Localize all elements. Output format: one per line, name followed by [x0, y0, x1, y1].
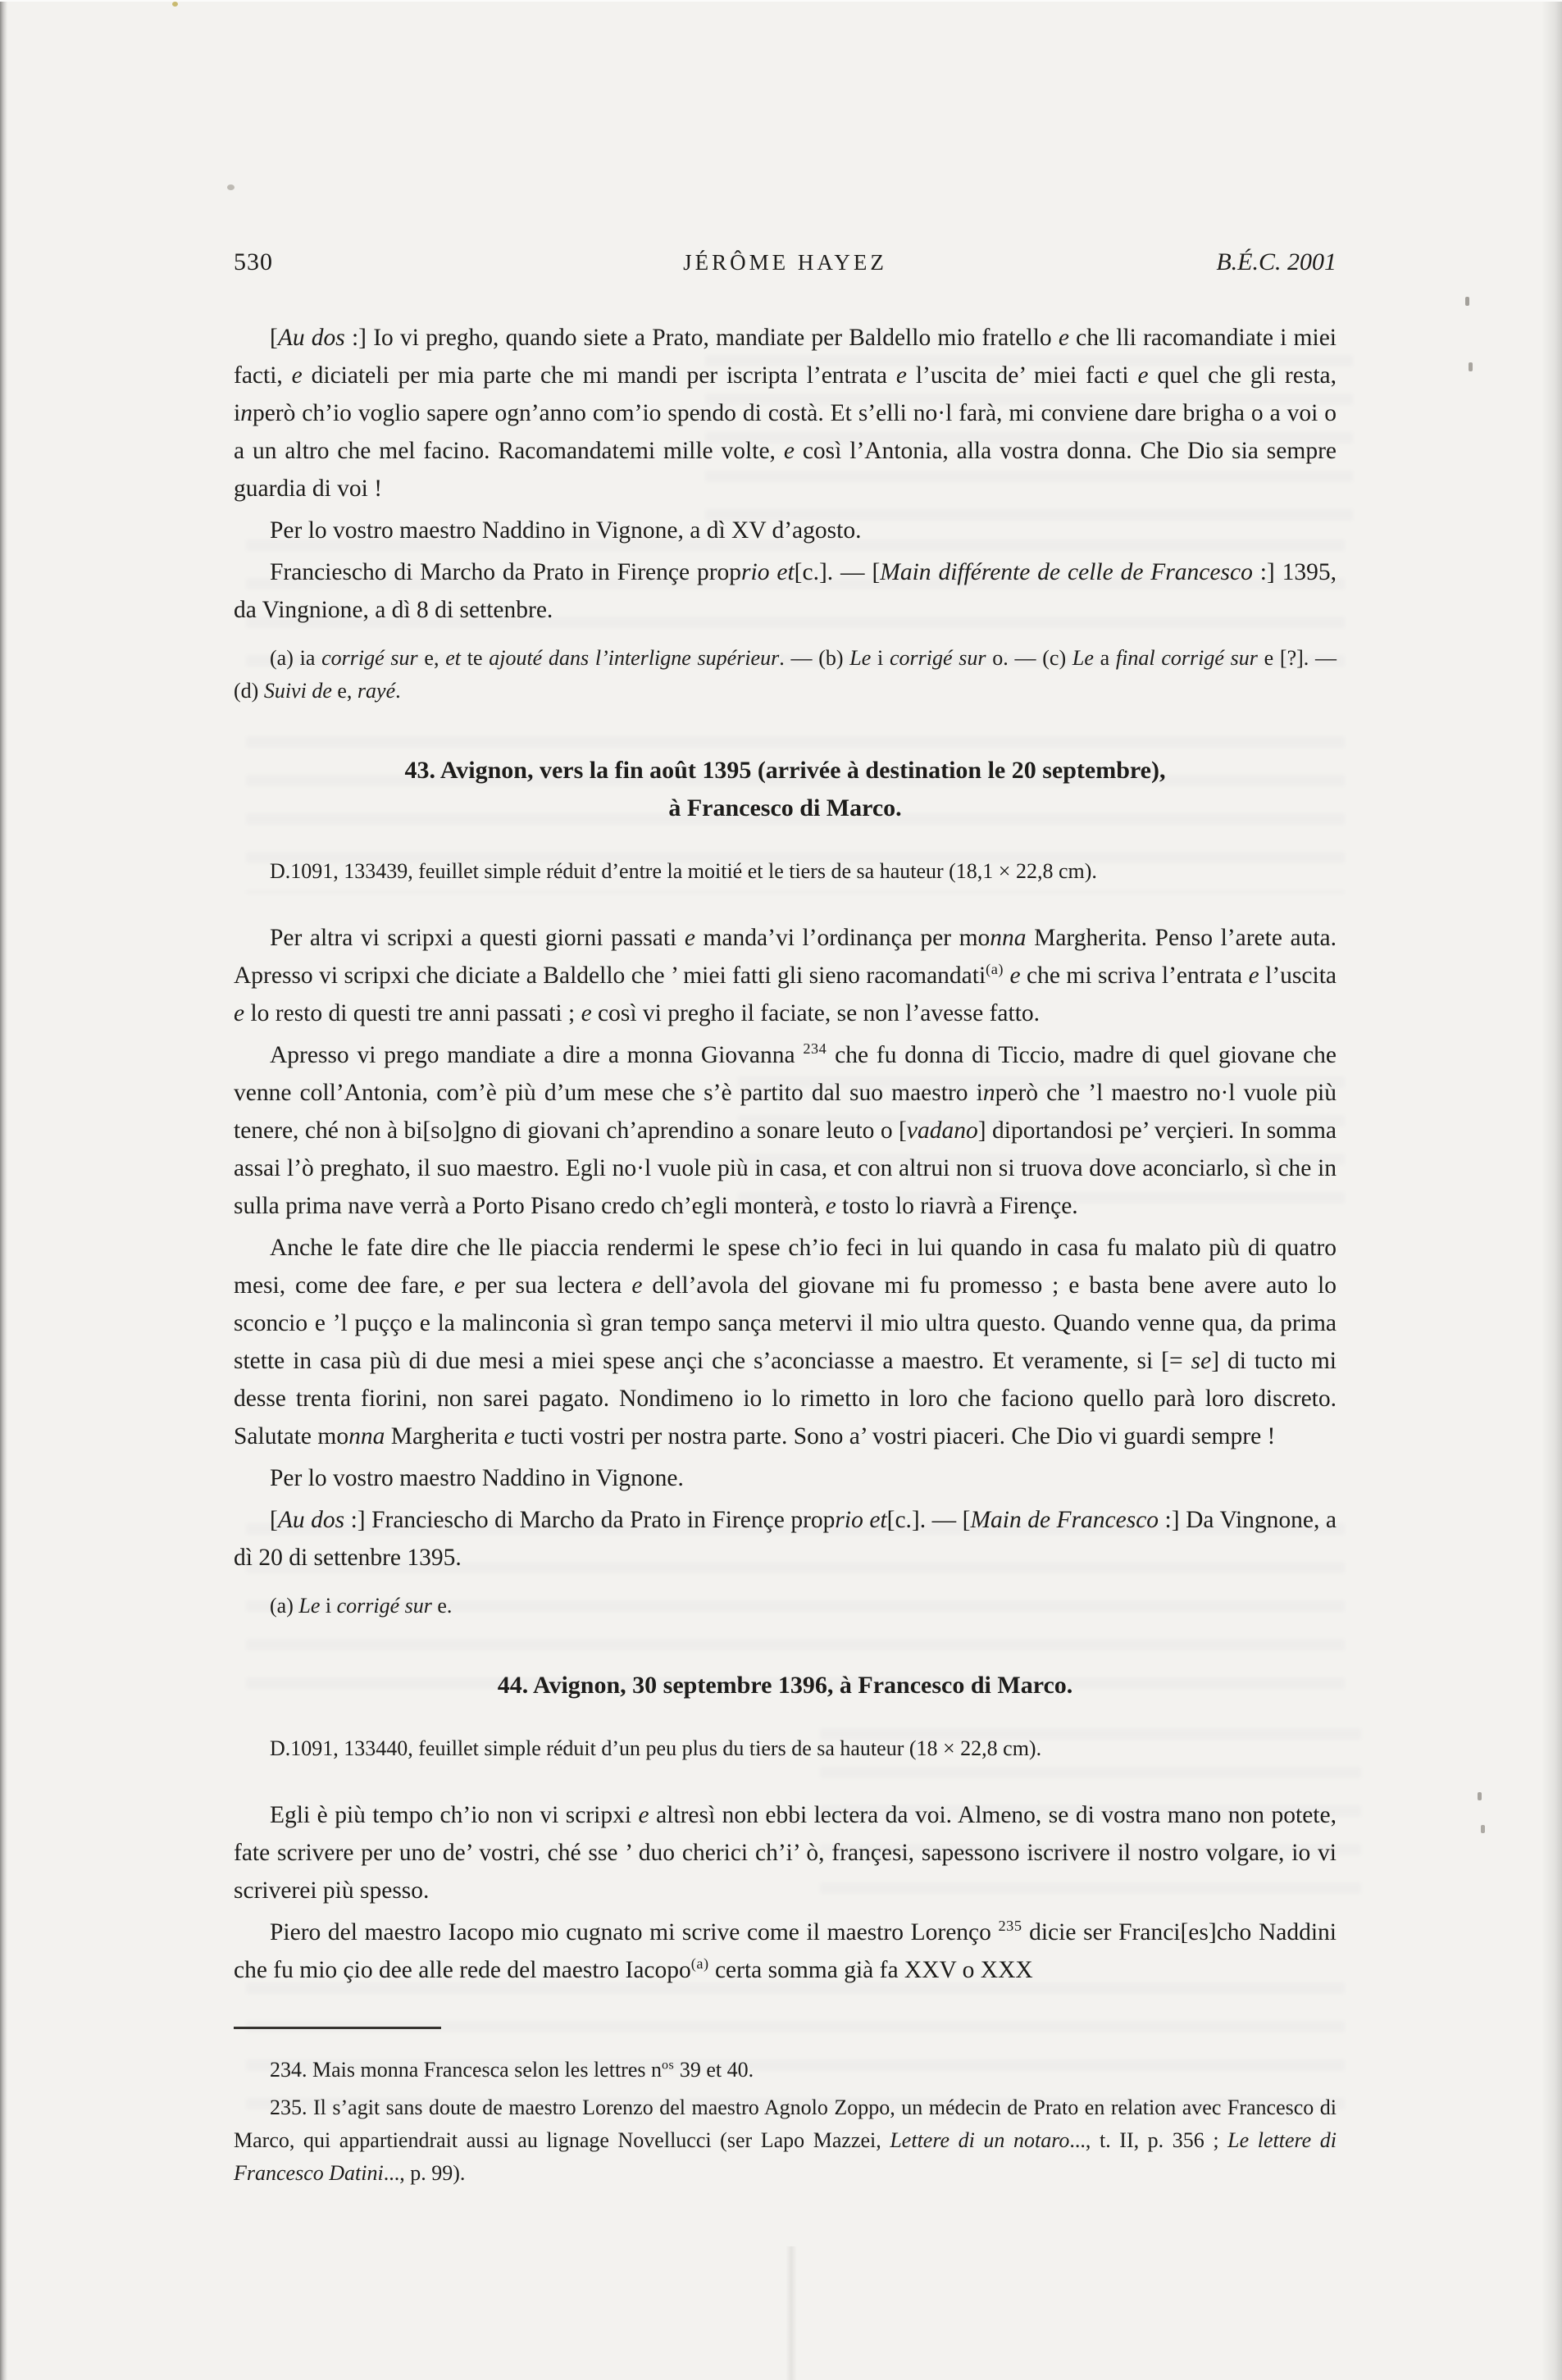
- letter-heading: 43. Avignon, vers la fin août 1395 (arri…: [234, 752, 1337, 827]
- footnote-separator: [234, 2027, 441, 2029]
- scanned-page: 530 JÉRÔME HAYEZ B.É.C. 2001 [Au dos :] …: [0, 0, 1562, 2380]
- letter-paragraph: Per lo vostro maestro Naddino in Vignone…: [234, 512, 1337, 549]
- running-title: JÉRÔME HAYEZ: [414, 250, 1156, 275]
- page-header: 530 JÉRÔME HAYEZ B.É.C. 2001: [234, 248, 1337, 276]
- page-number: 530: [234, 248, 414, 276]
- letter-paragraph: Apresso vi prego mandiate a dire a monna…: [234, 1036, 1337, 1225]
- letter-paragraph: Piero del maestro Iacopo mio cugnato mi …: [234, 1914, 1337, 1989]
- apparatus-note: (a) ia corrigé sur e, et te ajouté dans …: [234, 642, 1337, 708]
- scan-speck: [1478, 1792, 1482, 1800]
- heading-line: à Francesco di Marco.: [234, 790, 1337, 827]
- letter-paragraph: Franciescho di Marcho da Prato in Firenç…: [234, 553, 1337, 629]
- scan-speck: [1469, 362, 1473, 371]
- letter-paragraph: Anche le fate dire che lle piaccia rende…: [234, 1229, 1337, 1455]
- scan-speck: [227, 184, 235, 190]
- manuscript-description: D.1091, 133440, feuillet simple réduit d…: [234, 1732, 1337, 1765]
- letter-paragraph: Egli è più tempo ch’io non vi scripxi e …: [234, 1796, 1337, 1909]
- heading-line: 44. Avignon, 30 septembre 1396, à France…: [234, 1667, 1337, 1704]
- journal-reference: B.É.C. 2001: [1156, 248, 1337, 276]
- heading-line: 43. Avignon, vers la fin août 1395 (arri…: [234, 752, 1337, 790]
- scan-speck: [1465, 297, 1469, 306]
- page-content: 530 JÉRÔME HAYEZ B.É.C. 2001 [Au dos :] …: [234, 248, 1337, 2190]
- letter-paragraph: [Au dos :] Io vi pregho, quando siete a …: [234, 319, 1337, 507]
- letter-paragraph: [Au dos :] Franciescho di Marcho da Prat…: [234, 1501, 1337, 1577]
- letter-paragraph: Per lo vostro maestro Naddino in Vignone…: [234, 1459, 1337, 1497]
- footnote: 235. Il s’agit sans doute de maestro Lor…: [234, 2091, 1337, 2190]
- letter-paragraph: Per altra vi scripxi a questi giorni pas…: [234, 919, 1337, 1032]
- scan-speck: [172, 2, 178, 7]
- scan-speck: [1481, 1825, 1485, 1833]
- footnote: 234. Mais monna Francesca selon les lett…: [234, 2054, 1337, 2086]
- letters-content: [Au dos :] Io vi pregho, quando siete a …: [234, 319, 1337, 2190]
- manuscript-description: D.1091, 133439, feuillet simple réduit d…: [234, 855, 1337, 888]
- paper-crease: [786, 2246, 797, 2380]
- letter-heading: 44. Avignon, 30 septembre 1396, à France…: [234, 1667, 1337, 1704]
- apparatus-note: (a) Le i corrigé sur e.: [234, 1590, 1337, 1622]
